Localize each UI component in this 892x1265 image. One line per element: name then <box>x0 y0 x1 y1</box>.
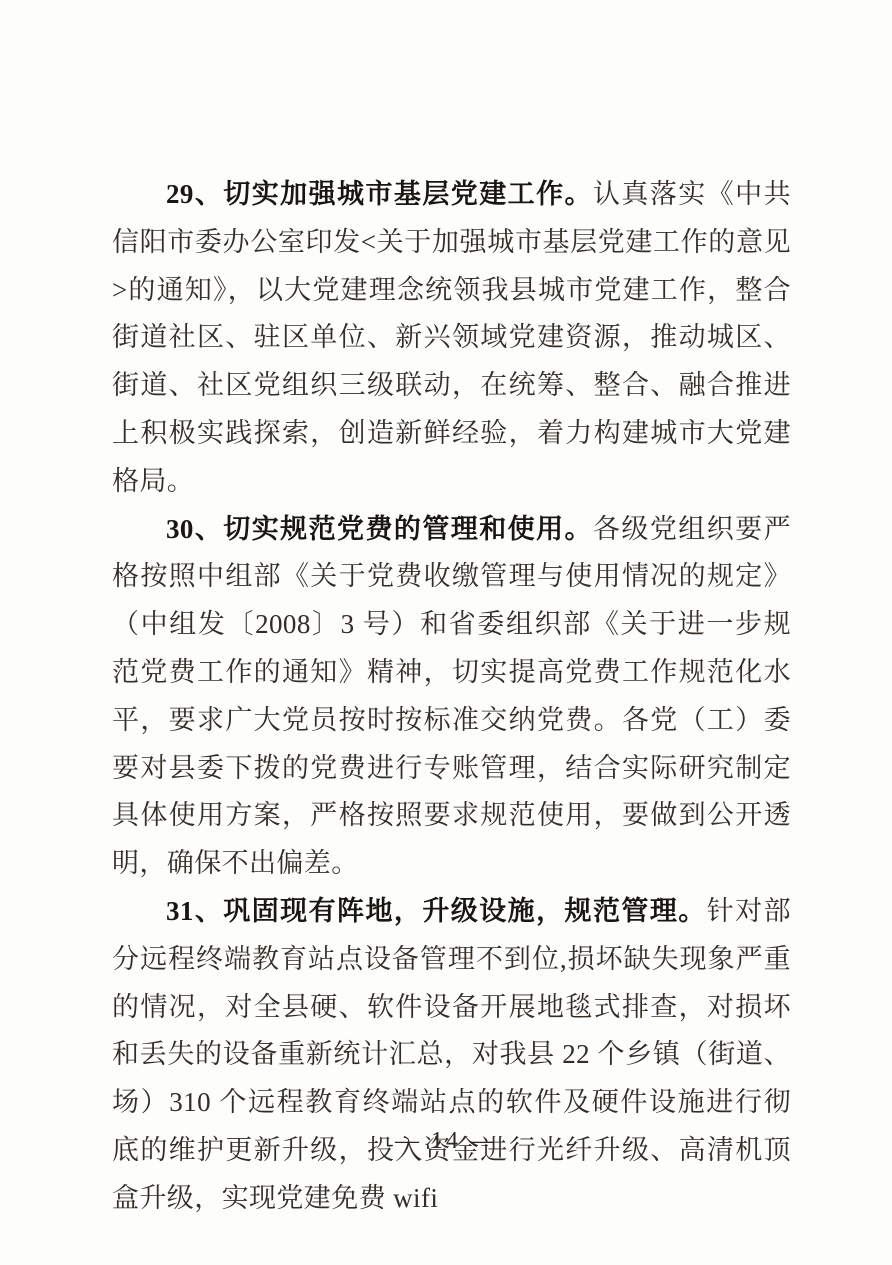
paragraph-29: 29、切实加强城市基层党建工作。认真落实《中共信阳市委办公室印发<关于加强城市基… <box>112 171 791 506</box>
paragraph-29-text: 认真落实《中共信阳市委办公室印发<关于加强城市基层党建工作的意见>的通知》，以大… <box>112 179 791 496</box>
paragraph-30: 30、切实规范党费的管理和使用。各级党组织要严格按照中组部《关于党费收缴管理与使… <box>112 506 791 888</box>
paragraph-29-heading: 29、切实加强城市基层党建工作。 <box>166 179 593 209</box>
paragraph-30-text: 各级党组织要严格按照中组部《关于党费收缴管理与使用情况的规定》（中组发〔2008… <box>112 514 791 879</box>
paragraph-31: 31、巩固现有阵地，升级设施，规范管理。针对部分远程终端教育站点设备管理不到位,… <box>112 888 791 1223</box>
paragraph-31-text: 针对部分远程终端教育站点设备管理不到位,损坏缺失现象严重的情况，对全县硬、软件设… <box>112 896 791 1213</box>
paragraph-31-heading: 31、巩固现有阵地，升级设施，规范管理。 <box>166 896 707 926</box>
paragraph-30-heading: 30、切实规范党费的管理和使用。 <box>166 514 593 544</box>
document-body: 29、切实加强城市基层党建工作。认真落实《中共信阳市委办公室印发<关于加强城市基… <box>112 171 791 1223</box>
page-number: — 14 — <box>0 1128 892 1155</box>
document-page: 29、切实加强城市基层党建工作。认真落实《中共信阳市委办公室印发<关于加强城市基… <box>0 0 892 1265</box>
